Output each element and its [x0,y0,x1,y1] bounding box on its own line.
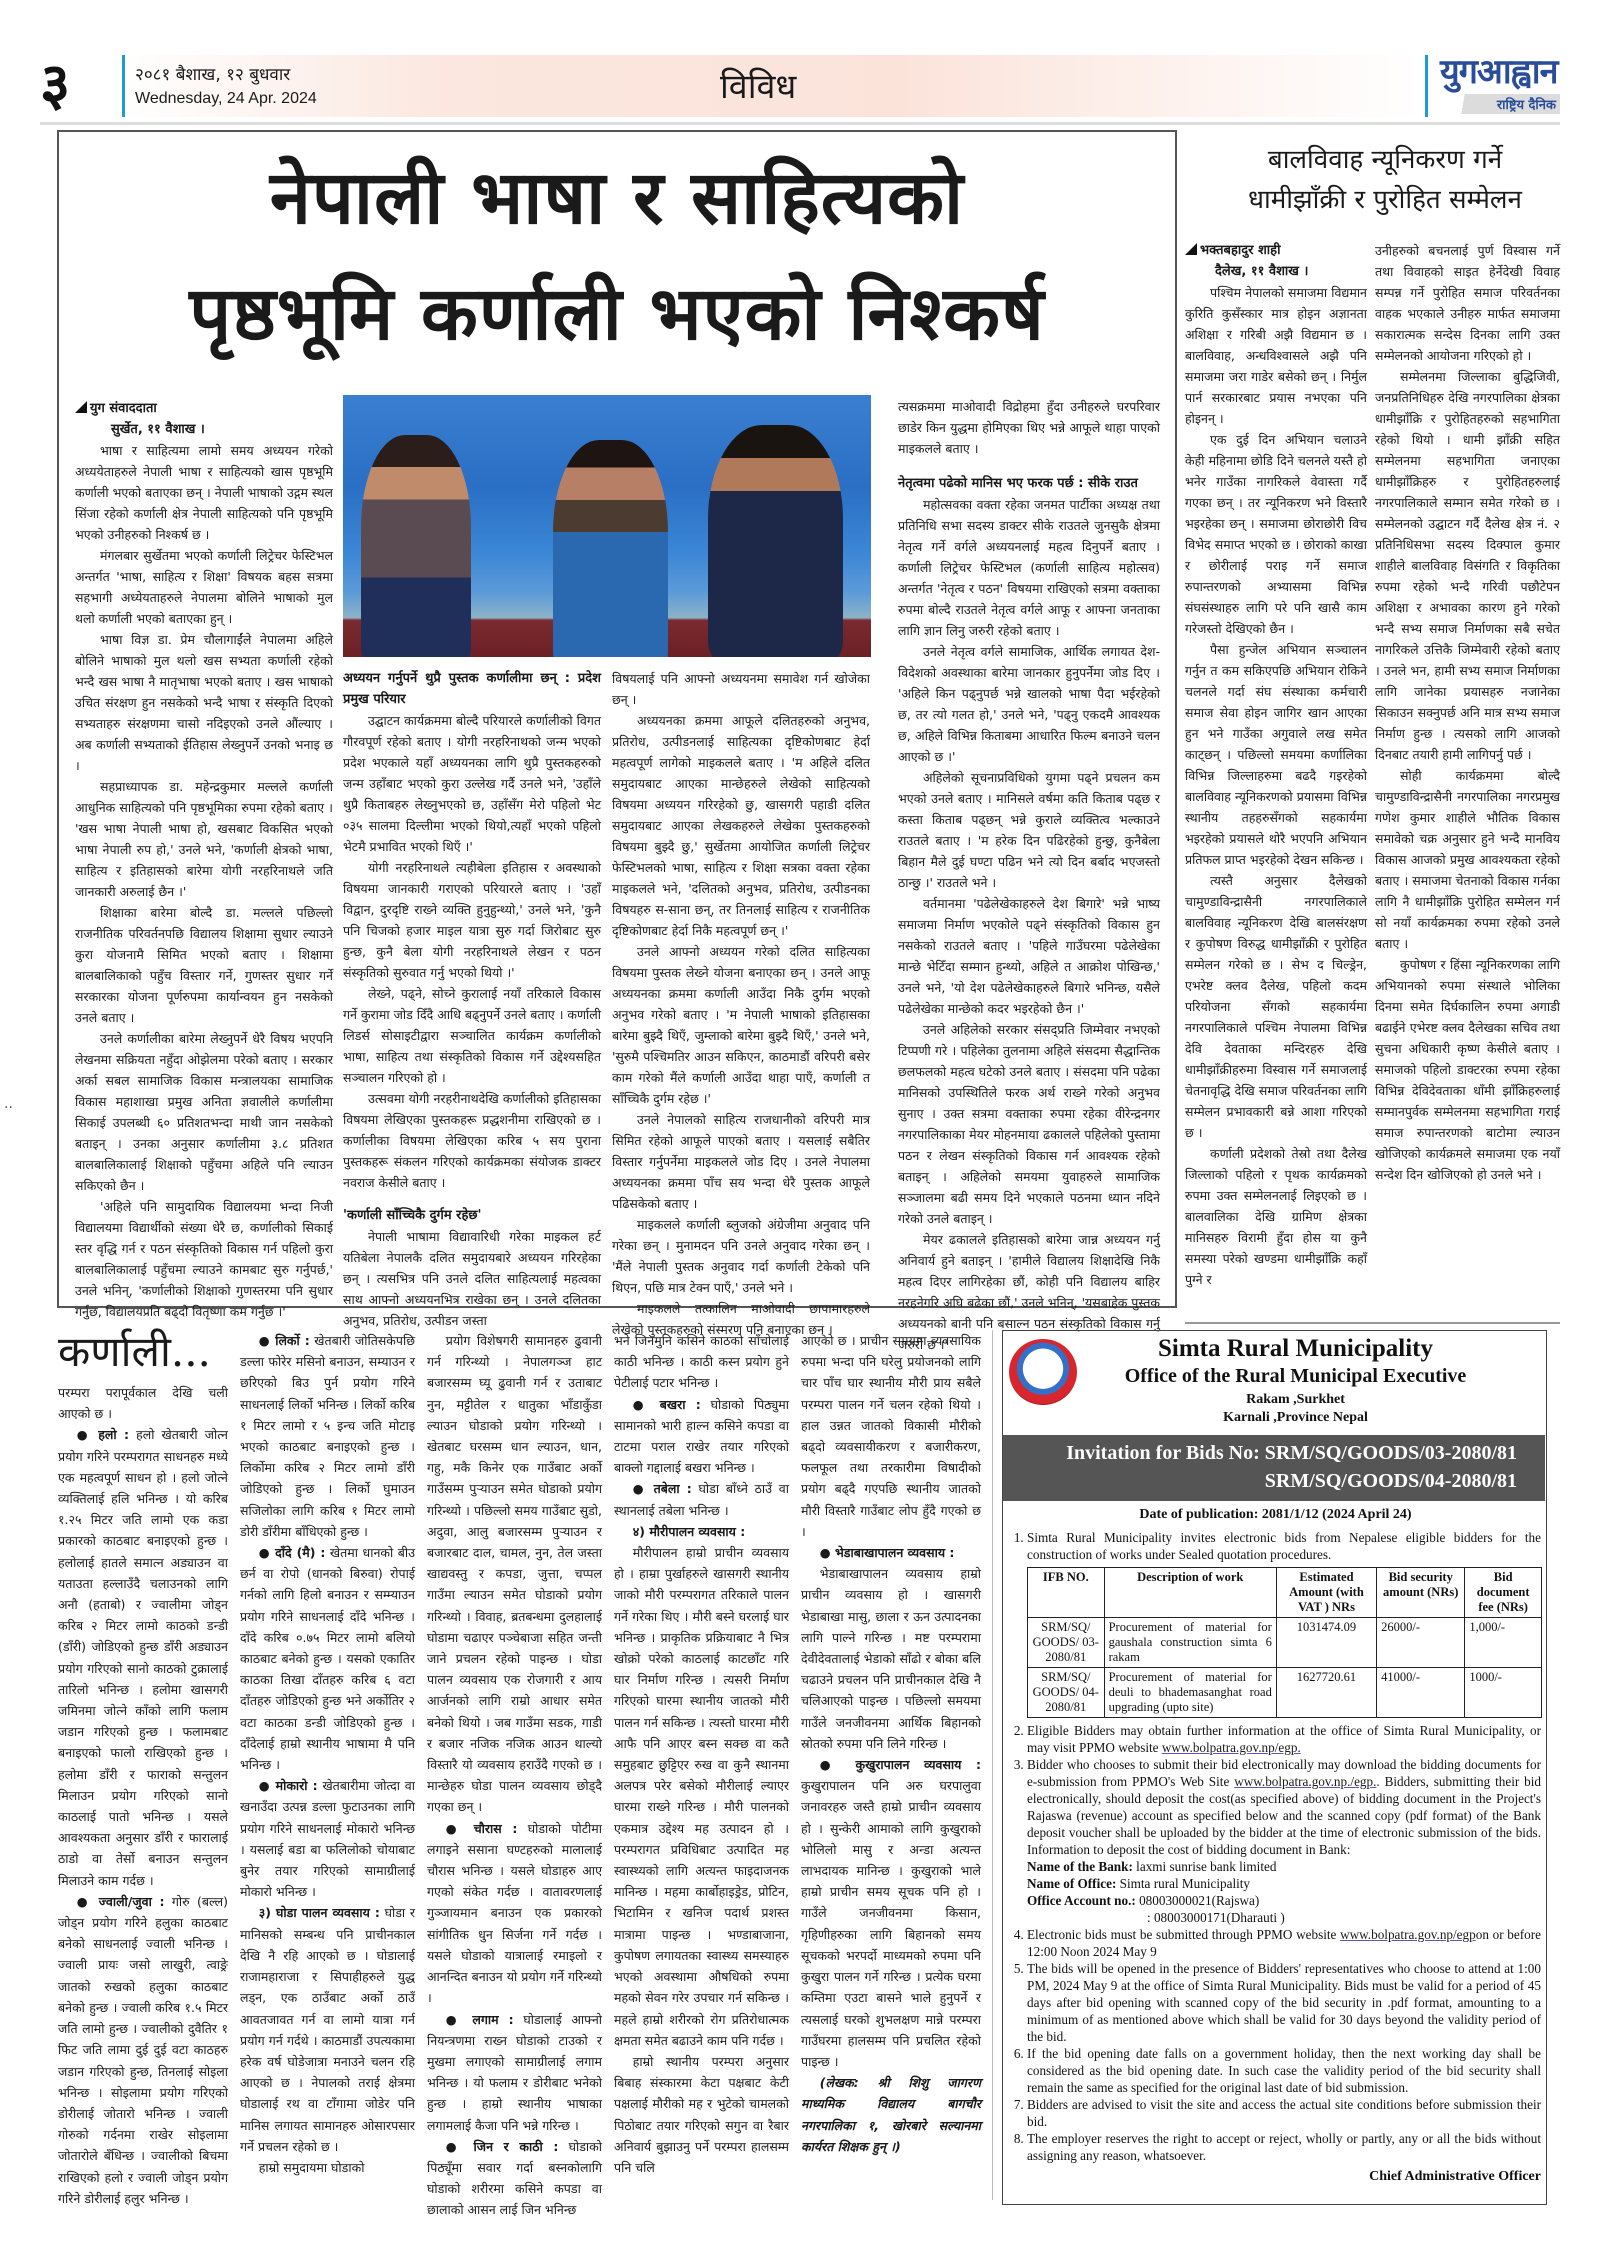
main-article-column-3: विषयलाई पनि आफ्नो अध्ययनमा समावेश गर्न ख… [612,668,870,1340]
paragraph-lead: ● बखरा : [633,1397,701,1412]
byline-marker-icon [75,401,87,413]
paragraph: नेपाली भाषामा विद्यावारिधी गरेका माइकल ह… [343,1226,601,1331]
bank-name: Name of the Bank: laxmi sunrise bank lim… [1027,1858,1541,1875]
lower-column-3: प्रयोग विशेषगरी सामानहरु ढुवानी गर्न गरि… [427,1330,602,2221]
paragraph: भाषा र साहित्यमा लामो समय अध्ययन गरेको अ… [75,440,333,545]
masthead-divider [122,55,125,117]
masthead-rule [40,122,1560,125]
paragraph: हाम्रो समुदायमा घोडाको [240,2157,415,2178]
tender-item-2: Eligible Bidders may obtain further info… [1027,1722,1541,1756]
paragraph-lead: ● चौरास : [446,1821,518,1836]
lower-column-2: ● लिर्को : खेतबारी जोतिसकेपछि डल्ला फोरे… [240,1330,415,2178]
paragraph: उनले कर्णालीका बारेमा लेख्नुपर्ने धेरै व… [75,1028,333,1196]
paragraph: मंगलबार सुर्खेतमा भएको कर्णाली लिट्रेचर … [75,545,333,629]
tender-subtitle: Office of the Rural Municipal Executive [1003,1364,1548,1388]
logo-tagline: राष्ट्रिय दैनिक [1440,94,1560,114]
paragraph: ● लगाम : घोडालाई आफ्नो नियन्त्रणमा राख्न… [427,2009,602,2136]
date-nepali: २०८१ बैशाख, १२ बुधवार [135,62,290,85]
lower-column-4: भने जिनमुनि कसिने काठको साँचोलाई काठी भन… [614,1330,789,2178]
paragraph: ● भेडाबाखापालन व्यवसाय : [801,1542,981,1563]
tender-body: Simta Rural Municipality invites electro… [1009,1529,1541,2185]
paragraph-lead: ● ज्वाली/जुवा : [77,1894,165,1909]
paragraph: उनले नेपालको साहित्य राजधानीको वरिपरी मा… [612,1109,870,1214]
paragraph: हाम्रो स्थानीय परम्परा अनुसार बिबाह संस्… [614,2051,789,2178]
paragraph: परम्परा परापूर्वकाल देखि चली आएको छ । [58,1382,228,1424]
paragraph: ● हलो : हलो खेतबारी जोत्न प्रयोग गरिने प… [58,1424,228,1890]
paragraph: वर्तमानमा 'पढेलेखेकाहरुले देश बिगारे' भन… [898,893,1160,1019]
logo-divider [1425,55,1428,117]
paragraph: कर्णाली प्रदेशको तेस्रो तथा दैलेख जिल्ला… [1185,1143,1367,1290]
paragraph: पश्चिम नेपालको समाजमा विद्यमान कुरिति कु… [1185,282,1367,429]
paragraph: भने जिनमुनि कसिने काठको साँचोलाई काठी भन… [614,1330,789,1394]
paragraph: उत्सवमा योगी नरहरीनाथदेखि कर्णालीको इतिह… [343,1088,601,1193]
side-article-bottom-rule [1185,1322,1560,1324]
main-article-column-2: अध्ययन गर्नुपर्ने थुप्रै पुस्तक कर्णालीम… [343,668,601,1331]
paragraph: सम्मेलनमा जिल्लाका बुद्धिजिवी, जनप्रतिनि… [1375,366,1560,765]
table-row: SRM/SQ/ GOODS/ 04-2080/81 Procurement of… [1028,1668,1542,1718]
paragraph: ● तबेला : घोडा बाँध्ने ठाउँ वा स्थानलाई … [614,1478,789,1520]
subheading: नेतृत्वमा पढेको मानिस भए फरक पर्छ : सीके… [898,473,1160,494]
side-headline: बालविवाह न्यूनिकरण गर्ने धामीझाँक्री र प… [1180,140,1590,220]
paragraph: त्यस्तै अनुसार दैलेखको चामुण्डाविन्द्रास… [1185,870,1367,1143]
tender-item-3: Bidder who chooses to submit their bid e… [1027,1756,1541,1926]
paragraph-lead: ● जिन र काठी : [446,2139,559,2154]
paragraph: ● बखरा : घोडाको पिठ्युमा सामानको भारी हा… [614,1394,789,1479]
bid-table: IFB NO. Description of work Estimated Am… [1027,1567,1542,1718]
paragraph: ● दाँदे (मै) : खेतमा धानको बीउ छर्न वा र… [240,1542,415,1775]
paragraph: ३) घोडा पालन व्यवसाय : घोडा र मानिसको सम… [240,1902,415,2156]
headline-line-2: पृष्ठभूमि कर्णाली भएको निश्कर्ष [57,256,1177,372]
tender-item-6: If the bid opening date falls on a gover… [1027,2045,1541,2096]
paragraph: प्रयोग विशेषगरी सामानहरु ढुवानी गर्न गरि… [427,1330,602,1818]
tender-notice: Simta Rural Municipality Office of the R… [1002,1330,1547,2205]
paragraph: एक दुई दिन अभियान चलाउने केही महिनामा छो… [1185,429,1367,639]
paragraph: भेडाबाखापालन व्यवसाय हाम्रो प्राचीन व्यव… [801,1563,981,1754]
paragraph-lead: ३) घोडा पालन व्यवसाय : [259,1905,380,1920]
paragraph: शिक्षाका बारेमा बोल्दै डा. मल्लले पछिल्ल… [75,902,333,1028]
paragraph: सोही कार्यक्रममा बोल्दै चामुण्डाविन्द्रा… [1375,765,1560,954]
paragraph: पैसा हुन्जेल अभियान सञ्चालन गर्नुन त कम … [1185,639,1367,870]
dateline: सुर्खेत, ११ वैशाख । [75,419,333,440]
publication-date: Date of publication: 2081/1/12 (2024 Apr… [1003,1507,1548,1523]
bid-table-header: IFB NO. Description of work Estimated Am… [1028,1568,1542,1618]
newspaper-logo[interactable]: युगआह्वान राष्ट्रिय दैनिक [1440,52,1560,114]
table-row: SRM/SQ/ GOODS/ 03-2080/81 Procurement of… [1028,1618,1542,1668]
paragraph: ● कुखुरापालन व्यवसाय : कुखुरापालन पनि अर… [801,1754,981,2072]
paragraph: मौरीपालन हाम्रो प्राचीन व्यवसाय हो । हाम… [614,1542,789,2051]
margin-mark: ·· [4,1100,13,1116]
paragraph: ● चौरास : घोडाको पोटीमा लगाइने ससाना घण्… [427,1818,602,2009]
paragraph: योगी नरहरिनाथले त्यहीबेला इतिहास र अवस्थ… [343,857,601,983]
paragraph: (लेखक: श्री शिशु जागरण माध्यमिक विद्यालय… [801,2072,981,2157]
office-name: Name of Office: Simta rural Municipality [1027,1875,1541,1892]
account-number: Office Account no.: 08003000021(Rajswa) [1027,1892,1541,1909]
ppmo-link[interactable]: www.bolpatra.gov.np/egp. [1162,1740,1301,1755]
paragraph: भाषा विज्ञ डा. प्रेम चौलागाईंले नेपालमा … [75,629,333,776]
ppmo-link[interactable]: www.bolpatra.gov.np/egp [1340,1927,1476,1942]
tender-item-4: Electronic bids must be submitted throug… [1027,1926,1541,1960]
tender-item-7: Bidders are advised to visit the site an… [1027,2096,1541,2130]
paragraph: उनीहरुको बचनलाई पुर्ण विस्वास गर्ने तथा … [1375,240,1560,366]
paragraph: कुपोषण र हिंसा न्यूनिकरणका लागि अभियानको… [1375,954,1560,1185]
paragraph: आएको छ । प्राचीन समयमा व्यवसायिक रुपमा भ… [801,1330,981,1542]
tender-item-5: The bids will be opened in the presence … [1027,1960,1541,2045]
paragraph: ● मोकारो : खेतबारीमा जोत्दा वा खनाउँदा उ… [240,1775,415,1902]
paragraph: उनले अहिलेको सरकार संसद्प्रति जिम्मेवार … [898,1019,1160,1229]
byline-marker-icon [1185,243,1197,255]
ppmo-link[interactable]: www.bolpatra.gov.np./egp. [1234,1774,1376,1789]
paragraph: उद्घाटन कार्यक्रममा बोल्दै परियारले कर्ण… [343,710,601,857]
paragraph: उनले नेतृत्व वर्गले सामाजिक, आर्थिक लगाय… [898,641,1160,767]
lower-column-5: आएको छ । प्राचीन समयमा व्यवसायिक रुपमा भ… [801,1330,981,2157]
paragraph: लेख्ने, पढ्ने, सोच्ने कुरालाई नयाँ तरिका… [343,983,601,1088]
panelist-center [553,440,668,657]
paragraph: ● लिर्को : खेतबारी जोतिसकेपछि डल्ला फोरे… [240,1330,415,1542]
paragraph-lead: ● लगाम : [446,2012,514,2027]
paragraph-lead: ● हलो : [77,1427,129,1442]
subheading: 'कर्णाली साँच्चिकै दुर्गम रहेछ' [343,1205,601,1226]
panelist-left [361,435,471,657]
paragraph: 'अहिले पनि सामुदायिक विद्यालयमा भन्दा नि… [75,1196,333,1322]
lower-column-1: परम्परा परापूर्वकाल देखि चली आएको छ ।● ह… [58,1382,228,2209]
account-number-2: : 08003000171(Dharauti ) [1027,1909,1541,1926]
paragraph: उनले आफ्नो अध्ययन गरेको दलित साहित्यका व… [612,941,870,1109]
paragraph: ४) मौरीपालन व्यवसाय : [614,1521,789,1542]
paragraph: त्यसक्रममा माओवादी विद्रोहमा हुँदा उनीहर… [898,396,1160,459]
side-dateline: दैलेख, ११ वैशाख । [1185,261,1367,282]
signatory: Chief Administrative Officer [1009,2168,1541,2185]
paragraph-lead: ● लिर्को : [259,1333,310,1348]
panelist-right [708,425,843,657]
paragraph: ● ज्वाली/जुवा : गोरु (बल्ल) जोड्न प्रयोग… [58,1891,228,2209]
side-byline: भक्तबहादुर शाही [1185,240,1367,261]
author-note: (लेखक: श्री शिशु जागरण माध्यमिक विद्यालय… [801,2075,981,2154]
tender-title: Simta Rural Municipality [1003,1335,1548,1363]
paragraph-lead: ● तबेला : [633,1481,692,1496]
tender-address: Rakam ,Surkhet Karnali ,Province Nepal [1003,1391,1548,1427]
paragraph: ● जिन र काठी : घोडाको पिठ्यूँमा सवार गर्… [427,2136,602,2221]
side-article-column-2: उनीहरुको बचनलाई पुर्ण विस्वास गर्ने तथा … [1375,240,1560,1185]
paragraph-lead: ● मोकारो : [259,1778,318,1793]
paragraph: अध्ययनका क्रममा आफूले दलितहरुको अनुभव, प… [612,710,870,941]
date-english: Wednesday, 24 Apr. 2024 [135,90,317,108]
byline: युग संवाददाता [75,398,333,419]
ifb-banner: Invitation for Bids No: SRM/SQ/GOODS/03-… [1003,1435,1545,1501]
paragraph-lead: ● दाँदे (मै) : [259,1545,326,1560]
main-headline: नेपाली भाषा र साहित्यको पृष्ठभूमि कर्णाल… [57,140,1177,372]
main-article-column-1: युग संवाददाता सुर्खेत, ११ वैशाख । भाषा र… [75,398,333,1322]
logo-wordmark: युगआह्वान [1440,52,1560,92]
side-article-column-1: भक्तबहादुर शाही दैलेख, ११ वैशाख । पश्चिम… [1185,240,1367,1290]
paragraph-lead: ● भेडाबाखापालन व्यवसाय : [820,1545,955,1560]
paragraph: सहप्राध्यापक डा. महेन्द्रकुमार मल्लले कर… [75,776,333,902]
subheading: अध्ययन गर्नुपर्ने थुप्रै पुस्तक कर्णालीम… [343,668,601,710]
paragraph: महोत्सवका वक्ता रहेका जनमत पार्टीका अध्य… [898,494,1160,641]
column-separator [992,1330,993,2200]
paragraph-lead: ४) मौरीपालन व्यवसाय : [633,1524,746,1539]
section-title: विविध [720,62,796,108]
paragraph: माइकलले कर्णाली ब्लुजको अंग्रेजीमा अनुवा… [612,1214,870,1298]
page-number: ३ [40,52,70,116]
article-photo[interactable] [343,395,871,657]
paragraph: अहिलेको सूचनाप्रविधिको युगमा पढ्ने प्रचल… [898,767,1160,893]
paragraph-lead: ● कुखुरापालन व्यवसाय : [820,1757,981,1772]
paragraph: विषयलाई पनि आफ्नो अध्ययनमा समावेश गर्न ख… [612,668,870,710]
headline-line-1: नेपाली भाषा र साहित्यको [57,140,1177,256]
tender-item-8: The employer reserves the right to accep… [1027,2130,1541,2164]
side-headline-line-2: धामीझाँक्री र पुरोहित सम्मेलन [1180,180,1590,220]
continued-title: कर्णाली... [58,1325,211,1379]
main-article-column-4: त्यसक्रममा माओवादी विद्रोहमा हुँदा उनीहर… [898,396,1160,1355]
tender-item-1: Simta Rural Municipality invites electro… [1027,1529,1541,1718]
side-headline-line-1: बालविवाह न्यूनिकरण गर्ने [1180,140,1590,180]
